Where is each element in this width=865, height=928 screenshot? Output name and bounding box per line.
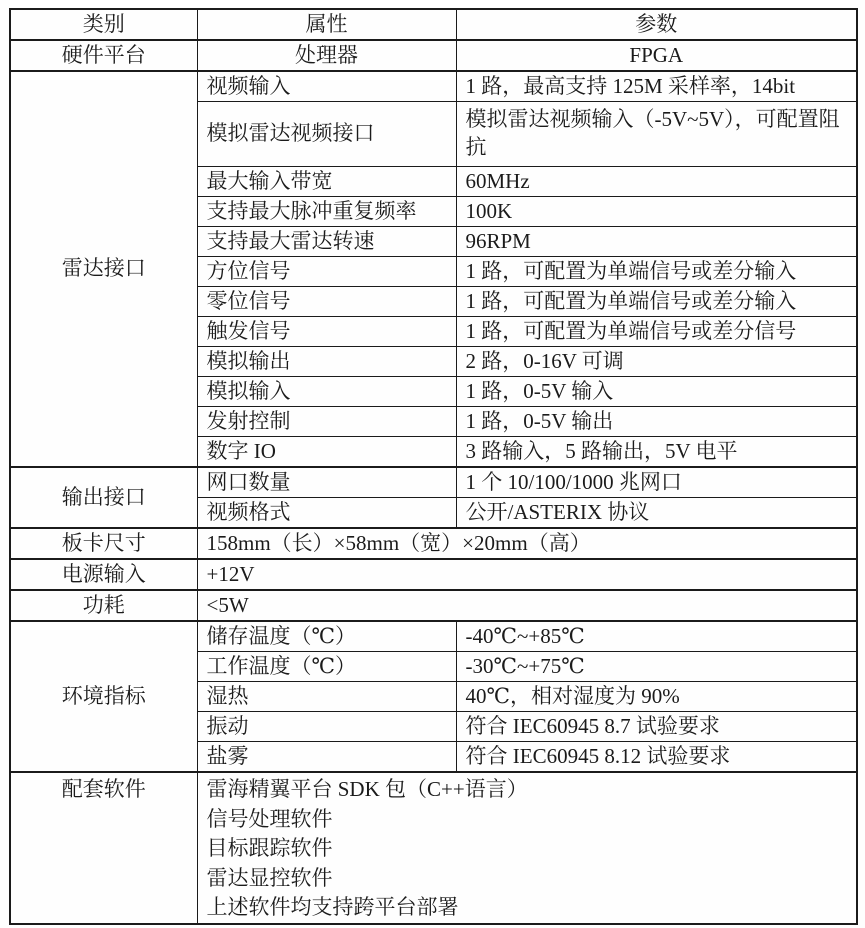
attribute-cell: 数字 IO xyxy=(197,437,456,468)
software-line: 雷达显控软件 xyxy=(207,864,848,894)
attribute-cell: 湿热 xyxy=(197,682,456,712)
parameter-cell: 公开/ASTERIX 协议 xyxy=(456,498,857,529)
merged-parameter-cell: +12V xyxy=(197,559,857,590)
category-cell: 配套软件 xyxy=(10,772,197,924)
software-line: 目标跟踪软件 xyxy=(207,834,848,864)
parameter-cell: 符合 IEC60945 8.12 试验要求 xyxy=(456,742,857,773)
parameter-cell: 40℃，相对湿度为 90% xyxy=(456,682,857,712)
parameter-cell: 1 个 10/100/1000 兆网口 xyxy=(456,467,857,498)
spec-table-body: 硬件平台处理器FPGA雷达接口视频输入1 路，最高支持 125M 采样率，14b… xyxy=(10,40,857,924)
parameter-cell: 2 路，0-16V 可调 xyxy=(456,347,857,377)
header-row: 类别 属性 参数 xyxy=(10,9,857,40)
attribute-cell: 模拟输入 xyxy=(197,377,456,407)
category-cell: 硬件平台 xyxy=(10,40,197,71)
category-cell: 板卡尺寸 xyxy=(10,528,197,559)
attribute-cell: 模拟输出 xyxy=(197,347,456,377)
category-cell: 环境指标 xyxy=(10,621,197,772)
parameter-cell: 60MHz xyxy=(456,167,857,197)
software-line: 雷海精翼平台 SDK 包（C++语言） xyxy=(207,775,848,805)
category-cell: 雷达接口 xyxy=(10,71,197,467)
attribute-cell: 最大输入带宽 xyxy=(197,167,456,197)
attribute-cell: 振动 xyxy=(197,712,456,742)
table-row: 雷达接口视频输入1 路，最高支持 125M 采样率，14bit xyxy=(10,71,857,102)
parameter-cell: 96RPM xyxy=(456,227,857,257)
table-row: 板卡尺寸158mm（长）×58mm（宽）×20mm（高） xyxy=(10,528,857,559)
category-cell: 电源输入 xyxy=(10,559,197,590)
category-cell: 输出接口 xyxy=(10,467,197,528)
parameter-cell: 1 路，可配置为单端信号或差分输入 xyxy=(456,287,857,317)
table-row: 电源输入+12V xyxy=(10,559,857,590)
software-line: 信号处理软件 xyxy=(207,805,848,835)
parameter-cell: -30℃~+75℃ xyxy=(456,652,857,682)
attribute-cell: 支持最大雷达转速 xyxy=(197,227,456,257)
attribute-cell: 发射控制 xyxy=(197,407,456,437)
spec-table: 类别 属性 参数 硬件平台处理器FPGA雷达接口视频输入1 路，最高支持 125… xyxy=(9,8,858,925)
parameter-cell: 100K xyxy=(456,197,857,227)
attribute-cell: 模拟雷达视频接口 xyxy=(197,102,456,167)
attribute-cell: 支持最大脉冲重复频率 xyxy=(197,197,456,227)
attribute-cell: 视频输入 xyxy=(197,71,456,102)
parameter-cell: 1 路，可配置为单端信号或差分输入 xyxy=(456,257,857,287)
parameter-cell: 1 路，最高支持 125M 采样率，14bit xyxy=(456,71,857,102)
table-row: 硬件平台处理器FPGA xyxy=(10,40,857,71)
parameter-cell: 1 路，0-5V 输入 xyxy=(456,377,857,407)
header-attribute: 属性 xyxy=(197,9,456,40)
attribute-cell: 工作温度（℃） xyxy=(197,652,456,682)
table-row: 功耗<5W xyxy=(10,590,857,621)
parameter-cell: 1 路，0-5V 输出 xyxy=(456,407,857,437)
parameter-cell: FPGA xyxy=(456,40,857,71)
parameter-cell: 3 路输入，5 路输出，5V 电平 xyxy=(456,437,857,468)
software-line: 上述软件均支持跨平台部署 xyxy=(207,893,848,923)
attribute-cell: 零位信号 xyxy=(197,287,456,317)
attribute-cell: 储存温度（℃） xyxy=(197,621,456,652)
parameter-cell: -40℃~+85℃ xyxy=(456,621,857,652)
parameter-cell: 模拟雷达视频输入（-5V~5V），可配置阻抗 xyxy=(456,102,857,167)
category-cell: 功耗 xyxy=(10,590,197,621)
table-row: 输出接口网口数量1 个 10/100/1000 兆网口 xyxy=(10,467,857,498)
attribute-cell: 方位信号 xyxy=(197,257,456,287)
spec-sheet-page: 类别 属性 参数 硬件平台处理器FPGA雷达接口视频输入1 路，最高支持 125… xyxy=(0,0,865,928)
header-parameter: 参数 xyxy=(456,9,857,40)
attribute-cell: 处理器 xyxy=(197,40,456,71)
attribute-cell: 触发信号 xyxy=(197,317,456,347)
attribute-cell: 盐雾 xyxy=(197,742,456,773)
attribute-cell: 视频格式 xyxy=(197,498,456,529)
table-row: 配套软件雷海精翼平台 SDK 包（C++语言）信号处理软件目标跟踪软件雷达显控软… xyxy=(10,772,857,924)
merged-parameter-cell: 雷海精翼平台 SDK 包（C++语言）信号处理软件目标跟踪软件雷达显控软件上述软… xyxy=(197,772,857,924)
merged-parameter-cell: 158mm（长）×58mm（宽）×20mm（高） xyxy=(197,528,857,559)
attribute-cell: 网口数量 xyxy=(197,467,456,498)
parameter-cell: 1 路，可配置为单端信号或差分信号 xyxy=(456,317,857,347)
table-row: 环境指标储存温度（℃）-40℃~+85℃ xyxy=(10,621,857,652)
merged-parameter-cell: <5W xyxy=(197,590,857,621)
parameter-cell: 符合 IEC60945 8.7 试验要求 xyxy=(456,712,857,742)
header-category: 类别 xyxy=(10,9,197,40)
